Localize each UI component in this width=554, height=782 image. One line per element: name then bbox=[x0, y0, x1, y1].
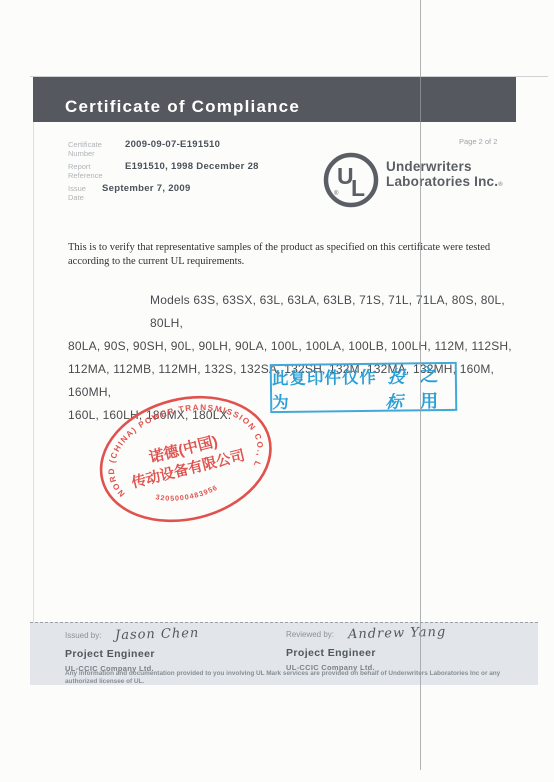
meta-row-certificate-number: Certificate Number 2009-09-07-E191510 bbox=[68, 139, 259, 158]
models-line: Models 63S, 63SX, 63L, 63LA, 63LB, 71S, … bbox=[68, 289, 533, 335]
reviewed-by-label: Reviewed by: bbox=[286, 630, 334, 639]
issued-by-title: Project Engineer bbox=[65, 648, 200, 660]
ul-logo-icon: U L ® bbox=[322, 151, 380, 209]
footer-disclaimer: Any information and documentation provid… bbox=[65, 670, 513, 685]
signature-footer: Issued by: Jason Chen Project Engineer U… bbox=[30, 622, 538, 685]
header-bar: Certificate of Compliance bbox=[33, 77, 516, 122]
page-title: Certificate of Compliance bbox=[65, 97, 300, 117]
certificate-page: Certificate of Compliance Certificate Nu… bbox=[0, 0, 554, 782]
models-line: 80LA, 90S, 90SH, 90L, 90LH, 90LA, 100L, … bbox=[68, 335, 533, 358]
reviewed-by-signature: Andrew Yang bbox=[348, 625, 447, 643]
ul-logo-letter-l: L bbox=[351, 175, 365, 201]
issued-by-label: Issued by: bbox=[65, 631, 101, 640]
blue-stamp-prefix: 此复印件仅作为 bbox=[272, 363, 385, 412]
reviewed-by-title: Project Engineer bbox=[286, 647, 446, 659]
brand-name-line2: Laboratories Inc.® bbox=[386, 174, 503, 193]
report-reference-label: Report Reference bbox=[68, 162, 125, 180]
page-number: Page 2 of 2 bbox=[459, 137, 497, 146]
verification-statement: This is to verify that representative sa… bbox=[68, 241, 520, 269]
brand-name: Underwriters Laboratories Inc.® bbox=[386, 159, 503, 193]
blue-stamp-handwritten: 投标 bbox=[384, 362, 420, 412]
issue-date-label: Issue Date bbox=[68, 184, 102, 202]
scan-fold-line bbox=[420, 0, 421, 770]
issue-date-value: September 7, 2009 bbox=[102, 183, 191, 194]
issued-by-block: Issued by: Jason Chen Project Engineer U… bbox=[65, 627, 200, 673]
meta-row-issue-date: Issue Date September 7, 2009 bbox=[68, 183, 259, 202]
report-reference-value: E191510, 1998 December 28 bbox=[125, 161, 259, 172]
certificate-meta: Certificate Number 2009-09-07-E191510 Re… bbox=[68, 139, 259, 205]
issued-by-signature: Jason Chen bbox=[115, 626, 200, 643]
certificate-number-value: 2009-09-07-E191510 bbox=[125, 139, 220, 150]
meta-row-report-reference: Report Reference E191510, 1998 December … bbox=[68, 161, 259, 180]
blue-stamp-suffix: 之用 bbox=[420, 360, 456, 412]
brand-name-line1: Underwriters bbox=[386, 159, 503, 174]
certificate-number-label: Certificate Number bbox=[68, 140, 125, 158]
brand-registered-mark: ® bbox=[498, 182, 503, 188]
paper-left-edge bbox=[33, 77, 34, 683]
ul-logo-registered-mark: ® bbox=[334, 190, 339, 197]
blue-copy-stamp: 此复印件仅作为 投标 之用 bbox=[270, 362, 458, 413]
reviewed-by-block: Reviewed by: Andrew Yang Project Enginee… bbox=[286, 626, 446, 672]
